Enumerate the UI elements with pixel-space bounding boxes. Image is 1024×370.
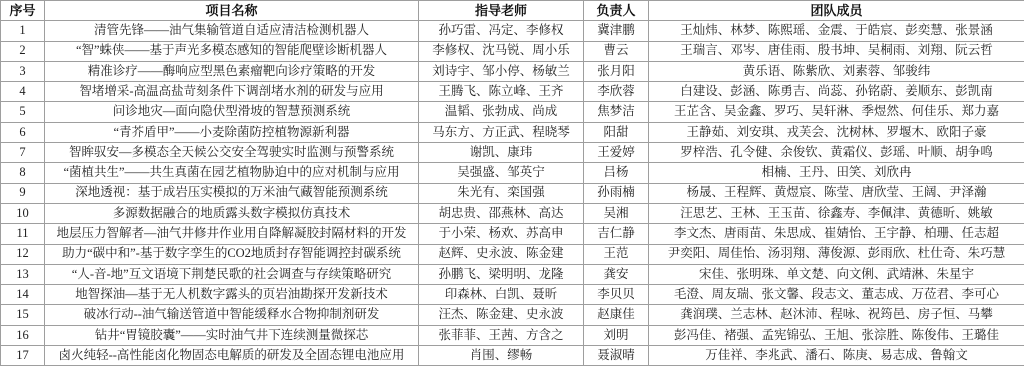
project-name-cell: “智”蛛侠——基于声光多模态感知的智能爬壁诊断机器人 [45, 41, 419, 61]
leader-cell: 王爱婷 [584, 143, 649, 163]
row-index-cell: 3 [1, 61, 45, 81]
leader-cell: 吴湘 [584, 203, 649, 223]
team-members-cell: 王灿炜、林梦、陈熙瑶、金震、于皓宸、彭奕慧、张景涵 [649, 21, 1024, 41]
table-row: 3精准诊疗——酶响应型黑色素瘤靶向诊疗策略的开发刘诗宇、邹小停、杨敏兰张月阳黄乐… [1, 61, 1024, 81]
leader-cell: 王范 [584, 244, 649, 264]
advisors-cell: 肖围、缪畅 [419, 346, 584, 366]
row-index-cell: 12 [1, 244, 45, 264]
leader-cell: 阳甜 [584, 122, 649, 142]
advisors-cell: 温韬、张勃成、尚成 [419, 102, 584, 122]
projects-table: 序号 项目名称 指导老师 负责人 团队成员 1清管先锋——油气集输管道自适应清洁… [0, 0, 1024, 366]
team-members-cell: 毛澄、周友瑞、张文馨、段志文、董志成、万莅君、李可心 [649, 285, 1024, 305]
team-members-cell: 王芷含、吴金鑫、罗巧、吴轩淋、季煜然、何佳乐、郑力嘉 [649, 102, 1024, 122]
team-members-cell: 汪思艺、王林、王玉苗、徐鑫寿、李佩津、黄德昕、姚敏 [649, 203, 1024, 223]
table-row: 11地层压力智解者—油气井修井作业用自降解凝胶封隔材料的开发于小荣、杨欢、苏高申… [1, 224, 1024, 244]
project-name-cell: 多源数据融合的地质露头数字模拟仿真技术 [45, 203, 419, 223]
table-row: 8“菌植共生”——共生真菌在园艺植物胁迫中的应对机制与应用吴强盛、邹英宁吕杨相楠… [1, 163, 1024, 183]
team-members-cell: 罗梓浩、孔令健、余俊钦、黄霜仪、彭瑶、叶顺、胡争鸣 [649, 143, 1024, 163]
advisors-cell: 张菲菲、王茜、方含之 [419, 325, 584, 345]
project-name-cell: 深地透视：基于成岩压实模拟的万米油气藏智能预测系统 [45, 183, 419, 203]
table-row: 17卤火纯轻--高性能卤化物固态电解质的研发及全固态锂电池应用肖围、缪畅聂淑晴万… [1, 346, 1024, 366]
project-name-cell: “人-音-地”互文语境下荆楚民歌的社会调查与存续策略研究 [45, 264, 419, 284]
leader-cell: 李贝贝 [584, 285, 649, 305]
team-members-cell: 王静茹、刘安琪、戎芙会、沈树林、罗堰木、欧阳子豪 [649, 122, 1024, 142]
table-row: 5问诊地灾—面向隐伏型滑坡的智慧预测系统温韬、张勃成、尚成焦梦洁王芷含、吴金鑫、… [1, 102, 1024, 122]
project-name-cell: 清管先锋——油气集输管道自适应清洁检测机器人 [45, 21, 419, 41]
team-members-cell: 李文杰、唐雨苗、朱思成、崔婧怡、王宇静、柏珊、任志超 [649, 224, 1024, 244]
team-members-cell: 万佳祥、李兆武、潘石、陈庚、易志成、鲁翰文 [649, 346, 1024, 366]
header-members: 团队成员 [649, 1, 1024, 21]
row-index-cell: 4 [1, 82, 45, 102]
advisors-cell: 赵辉、史永波、陈金建 [419, 244, 584, 264]
table-body: 1清管先锋——油气集输管道自适应清洁检测机器人孙巧雷、冯定、李修权冀津鹏王灿炜、… [1, 21, 1024, 366]
advisors-cell: 马东方、方正武、程晓琴 [419, 122, 584, 142]
row-index-cell: 9 [1, 183, 45, 203]
table-row: 7智眸驭安—多模态全天候公交安全驾驶实时监测与预警系统谢凯、康玮王爱婷罗梓浩、孔… [1, 143, 1024, 163]
table-row: 13“人-音-地”互文语境下荆楚民歌的社会调查与存续策略研究孙鹏飞、梁明明、龙隆… [1, 264, 1024, 284]
advisors-cell: 印森林、白凯、聂昕 [419, 285, 584, 305]
advisors-cell: 李修权、沈马锐、周小乐 [419, 41, 584, 61]
header-project: 项目名称 [45, 1, 419, 21]
team-members-cell: 相楠、王丹、田笑、刘欣冉 [649, 163, 1024, 183]
leader-cell: 吉仁静 [584, 224, 649, 244]
leader-cell: 聂淑晴 [584, 346, 649, 366]
table-row: 16钻井“胃镜胶囊”——实时油气井下连续测量微探芯张菲菲、王茜、方含之刘明彭冯佳… [1, 325, 1024, 345]
advisors-cell: 于小荣、杨欢、苏高申 [419, 224, 584, 244]
row-index-cell: 16 [1, 325, 45, 345]
row-index-cell: 7 [1, 143, 45, 163]
project-name-cell: 钻井“胃镜胶囊”——实时油气井下连续测量微探芯 [45, 325, 419, 345]
leader-cell: 龚安 [584, 264, 649, 284]
team-members-cell: 龚润璞、兰志林、赵沐沛、程咏、祝筠邑、房子恒、马攀 [649, 305, 1024, 325]
team-members-cell: 杨晟、王程辉、黄煜宸、陈莹、唐欣莹、王阔、尹泽瀚 [649, 183, 1024, 203]
table-row: 2“智”蛛侠——基于声光多模态感知的智能爬壁诊断机器人李修权、沈马锐、周小乐曹云… [1, 41, 1024, 61]
project-name-cell: “青芥盾甲”——小麦除菌防控植物源新利器 [45, 122, 419, 142]
table-row: 1清管先锋——油气集输管道自适应清洁检测机器人孙巧雷、冯定、李修权冀津鹏王灿炜、… [1, 21, 1024, 41]
row-index-cell: 5 [1, 102, 45, 122]
project-name-cell: 地智探油—基于无人机数字露头的页岩油勘探开发新技术 [45, 285, 419, 305]
advisors-cell: 刘诗宇、邹小停、杨敏兰 [419, 61, 584, 81]
row-index-cell: 8 [1, 163, 45, 183]
header-row: 序号 项目名称 指导老师 负责人 团队成员 [1, 1, 1024, 21]
project-name-cell: “菌植共生”——共生真菌在园艺植物胁迫中的应对机制与应用 [45, 163, 419, 183]
leader-cell: 冀津鹏 [584, 21, 649, 41]
project-name-cell: 破冰行动--油气输送管道中智能缓释水合物抑制剂研发 [45, 305, 419, 325]
team-members-cell: 白建设、彭涵、陈勇吉、尚蕊、孙铭蔚、姜顺东、彭凯南 [649, 82, 1024, 102]
leader-cell: 曹云 [584, 41, 649, 61]
project-name-cell: 问诊地灾—面向隐伏型滑坡的智慧预测系统 [45, 102, 419, 122]
advisors-cell: 胡忠贵、邵燕林、高达 [419, 203, 584, 223]
table-row: 14地智探油—基于无人机数字露头的页岩油勘探开发新技术印森林、白凯、聂昕李贝贝毛… [1, 285, 1024, 305]
project-name-cell: 精准诊疗——酶响应型黑色素瘤靶向诊疗策略的开发 [45, 61, 419, 81]
team-members-cell: 王瑞言、邓岑、唐佳雨、殷书坤、吴桐雨、刘翔、阮云哲 [649, 41, 1024, 61]
leader-cell: 张月阳 [584, 61, 649, 81]
project-name-cell: 地层压力智解者—油气井修井作业用自降解凝胶封隔材料的开发 [45, 224, 419, 244]
row-index-cell: 1 [1, 21, 45, 41]
leader-cell: 焦梦洁 [584, 102, 649, 122]
advisors-cell: 孙鹏飞、梁明明、龙隆 [419, 264, 584, 284]
row-index-cell: 2 [1, 41, 45, 61]
project-name-cell: 智堵增采-高温高盐苛刻条件下调剖堵水剂的研发与应用 [45, 82, 419, 102]
project-name-cell: 卤火纯轻--高性能卤化物固态电解质的研发及全固态锂电池应用 [45, 346, 419, 366]
leader-cell: 赵康佳 [584, 305, 649, 325]
advisors-cell: 谢凯、康玮 [419, 143, 584, 163]
team-members-cell: 宋佳、张明珠、单文楚、向文俐、武靖淋、朱星宇 [649, 264, 1024, 284]
table-row: 9深地透视：基于成岩压实模拟的万米油气藏智能预测系统朱光有、栾国强孙雨楠杨晟、王… [1, 183, 1024, 203]
project-name-cell: 助力“碳中和”-基于数字孪生的CO2地质封存智能调控封碳系统 [45, 244, 419, 264]
header-advisors: 指导老师 [419, 1, 584, 21]
advisors-cell: 汪杰、陈金建、史永波 [419, 305, 584, 325]
leader-cell: 孙雨楠 [584, 183, 649, 203]
team-members-cell: 黄乐语、陈紫欣、刘素蓉、邹骏纬 [649, 61, 1024, 81]
leader-cell: 李欣蓉 [584, 82, 649, 102]
leader-cell: 吕杨 [584, 163, 649, 183]
row-index-cell: 11 [1, 224, 45, 244]
header-leader: 负责人 [584, 1, 649, 21]
advisors-cell: 吴强盛、邹英宁 [419, 163, 584, 183]
row-index-cell: 6 [1, 122, 45, 142]
row-index-cell: 15 [1, 305, 45, 325]
team-members-cell: 彭冯佳、褚强、孟宪锦弘、王旭、张淙胜、陈俊伟、王璐佳 [649, 325, 1024, 345]
table-row: 4智堵增采-高温高盐苛刻条件下调剖堵水剂的研发与应用王腾飞、陈立峰、王齐李欣蓉白… [1, 82, 1024, 102]
project-name-cell: 智眸驭安—多模态全天候公交安全驾驶实时监测与预警系统 [45, 143, 419, 163]
row-index-cell: 14 [1, 285, 45, 305]
advisors-cell: 朱光有、栾国强 [419, 183, 584, 203]
row-index-cell: 17 [1, 346, 45, 366]
header-index: 序号 [1, 1, 45, 21]
table-row: 10多源数据融合的地质露头数字模拟仿真技术胡忠贵、邵燕林、高达吴湘汪思艺、王林、… [1, 203, 1024, 223]
advisors-cell: 王腾飞、陈立峰、王齐 [419, 82, 584, 102]
table-row: 12助力“碳中和”-基于数字孪生的CO2地质封存智能调控封碳系统赵辉、史永波、陈… [1, 244, 1024, 264]
table-header: 序号 项目名称 指导老师 负责人 团队成员 [1, 1, 1024, 21]
row-index-cell: 10 [1, 203, 45, 223]
team-members-cell: 尹奕阳、周佳怡、汤羽翔、薄俊源、彭雨欣、杜仕奇、朱巧慧 [649, 244, 1024, 264]
row-index-cell: 13 [1, 264, 45, 284]
table-row: 6“青芥盾甲”——小麦除菌防控植物源新利器马东方、方正武、程晓琴阳甜王静茹、刘安… [1, 122, 1024, 142]
advisors-cell: 孙巧雷、冯定、李修权 [419, 21, 584, 41]
table-row: 15破冰行动--油气输送管道中智能缓释水合物抑制剂研发汪杰、陈金建、史永波赵康佳… [1, 305, 1024, 325]
leader-cell: 刘明 [584, 325, 649, 345]
